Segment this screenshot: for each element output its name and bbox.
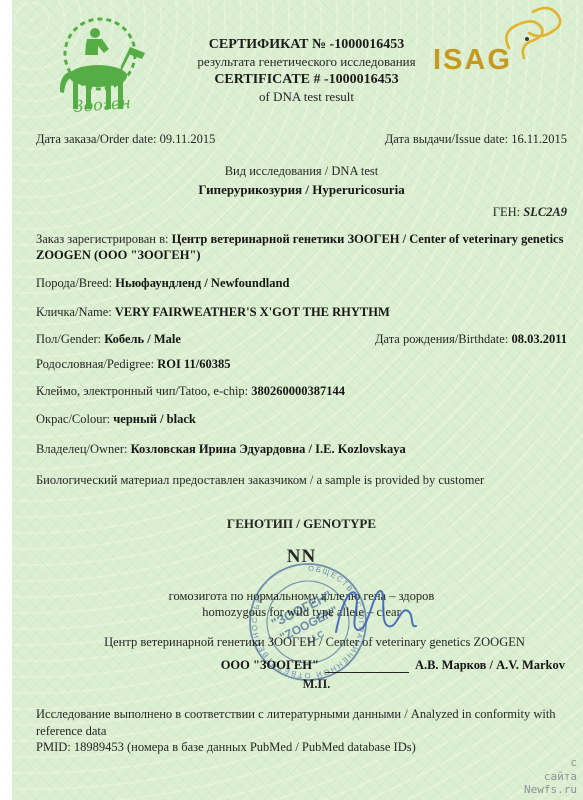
test-kind-value: Гиперурикозурия / Hyperuricosuria [36, 182, 567, 199]
zoogen-logo-caption: Зооген [73, 93, 132, 116]
pedigree-label: Родословная/Pedigree: [36, 357, 157, 371]
gene-row: ГЕН: SLC2A9 [36, 204, 567, 220]
signature-row: ООО "ЗООГЕН" А.В. Марков / A.V. Markov [36, 658, 567, 673]
watermark-line2: сайта [524, 770, 577, 784]
org-line: Центр ветеринарной генетики ЗООГЕН / Cen… [36, 634, 567, 650]
zoogen-logo: Зооген [36, 14, 186, 123]
birthdate-label: Дата рождения/Birthdate: [375, 332, 512, 346]
birthdate-field: Дата рождения/Birthdate: 08.03.2011 [375, 331, 567, 347]
signer-name: А.В. Марков / A.V. Markov [415, 658, 565, 673]
genotype-value: NN [36, 545, 567, 570]
isag-squiggle-icon [497, 6, 571, 72]
isag-logo: ISAG [427, 14, 567, 114]
breed-value: Ньюфаундленд / Newfoundland [115, 276, 289, 290]
name-label: Кличка/Name: [36, 305, 115, 319]
test-kind-value-text: Гиперурикозурия / Hyperuricosuria [198, 182, 404, 197]
certificate-content: Зооген СЕРТИФИКАТ № -1000016453 результа… [12, 0, 583, 755]
dates-row: Дата заказа/Order date: 09.11.2015 Дата … [36, 131, 567, 147]
birthdate-value: 08.03.2011 [511, 332, 567, 346]
zoogen-horse-logo-icon: Зооген [36, 14, 166, 118]
order-date: Дата заказа/Order date: 09.11.2015 [36, 131, 215, 147]
genotype-heading: ГЕНОТИП / GENOTYPE [36, 516, 567, 533]
tatoo-value: 380260000387144 [251, 384, 345, 398]
certificate-title-en: CERTIFICATE # -1000016453 [186, 71, 427, 89]
gender-label: Пол/Gender: [36, 332, 104, 346]
pedigree-row: Родословная/Pedigree: ROI 11/60385 [36, 356, 567, 372]
watermark-line1: с [524, 756, 577, 770]
colour-value: черный / black [113, 412, 196, 426]
colour-label: Окрас/Colour: [36, 412, 113, 426]
owner-label: Владелец/Owner: [36, 442, 131, 456]
pmid-line: PMID: 18989453 (номера в базе данных Pub… [36, 739, 567, 755]
owner-value: Козловская Ирина Эдуардовна / I.E. Kozlo… [131, 442, 406, 456]
name-row: Кличка/Name: VERY FAIRWEATHER'S X'GOT TH… [36, 304, 567, 320]
watermark-line3: Newfs.ru [524, 783, 577, 797]
gene-value: SLC2A9 [523, 205, 567, 219]
gender-birthdate-row: Пол/Gender: Кобель / Male Дата рождения/… [36, 331, 567, 347]
mp-label: М.П. [36, 677, 567, 692]
registered-row: Заказ зарегистрирован в: Центр ветеринар… [36, 231, 567, 264]
breed-label: Порода/Breed: [36, 276, 115, 290]
llc-name: ООО "ЗООГЕН" [221, 658, 319, 673]
registered-label: Заказ зарегистрирован в: [36, 232, 172, 246]
owner-row: Владелец/Owner: Козловская Ирина Эдуардо… [36, 441, 567, 457]
tatoo-row: Клеймо, электронный чип/Tatoo, e-chip: 3… [36, 383, 567, 399]
certificate-page: Зооген СЕРТИФИКАТ № -1000016453 результа… [12, 0, 583, 800]
gender-value: Кобель / Male [104, 332, 181, 346]
sample-note: Биологический материал предоставлен зака… [36, 472, 567, 488]
certificate-subtitle-ru: результата генетического исследования [186, 54, 427, 71]
genotype-desc-en: homozygous for wild type allele – clear [36, 604, 567, 620]
gender-field: Пол/Gender: Кобель / Male [36, 331, 181, 347]
tatoo-label: Клеймо, электронный чип/Tatoo, e-chip: [36, 384, 251, 398]
name-value: VERY FAIRWEATHER'S X'GOT THE RHYTHM [115, 305, 390, 319]
site-watermark: с сайта Newfs.ru [524, 756, 577, 797]
breed-row: Порода/Breed: Ньюфаундленд / Newfoundlan… [36, 275, 567, 291]
header: Зооген СЕРТИФИКАТ № -1000016453 результа… [36, 14, 567, 123]
pedigree-value: ROI 11/60385 [157, 357, 230, 371]
genotype-desc-ru: гомозигота по нормальному аллелю гена – … [36, 588, 567, 604]
test-kind-label: Вид исследования / DNA test [36, 163, 567, 179]
analyzed-note: Исследование выполнено в соответствии с … [36, 706, 567, 739]
certificate-subtitle-en: of DNA test result [186, 89, 427, 106]
gene-label: ГЕН: [493, 205, 524, 219]
issue-date: Дата выдачи/Issue date: 16.11.2015 [385, 131, 567, 147]
colour-row: Окрас/Colour: черный / black [36, 411, 567, 427]
signature-line [325, 660, 409, 673]
signature-block: Центр ветеринарной генетики ЗООГЕН / Cen… [36, 634, 567, 692]
certificate-title-ru: СЕРТИФИКАТ № -1000016453 [186, 36, 427, 54]
title-block: СЕРТИФИКАТ № -1000016453 результата гене… [186, 36, 427, 106]
